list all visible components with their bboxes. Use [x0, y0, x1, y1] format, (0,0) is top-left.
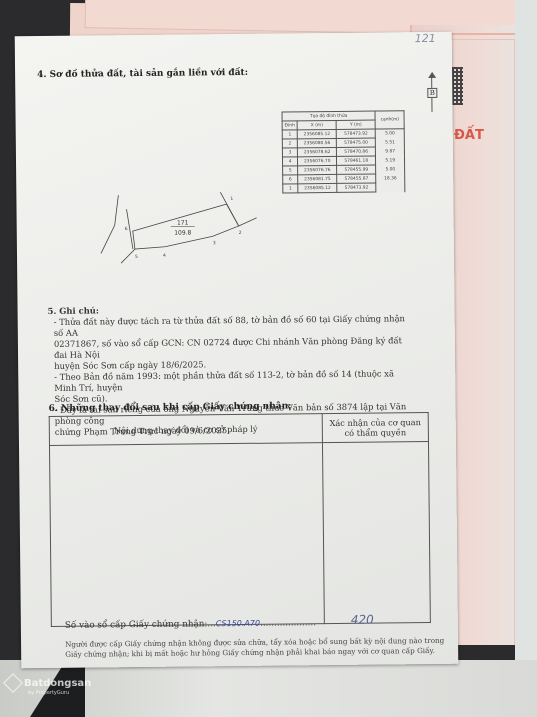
handwritten-number: 420 — [351, 613, 374, 627]
north-arrow-icon: B — [427, 72, 437, 112]
coords-cell-point: 4 — [282, 157, 297, 166]
brand-logo-icon — [3, 673, 23, 693]
land-parcel-diagram: 171 109.8 1 2 3 4 5 6 — [96, 184, 267, 306]
changes-header-confirm: Xác nhận của cơ quan có thẩm quyền — [322, 412, 428, 442]
coords-cell-y: 578461.18 — [337, 156, 376, 165]
section4-title: 4. Sơ đồ thửa đất, tài sản gắn liền với … — [37, 68, 248, 80]
coords-row: 12356085.12578473.92 — [283, 183, 405, 193]
changes-table: Nội dung thay đổi và cơ sở pháp lý Xác n… — [49, 412, 431, 627]
coords-cell-length: 9.87 — [376, 147, 405, 156]
coords-header-length: cạnh(m) — [375, 111, 404, 129]
svg-text:171: 171 — [177, 219, 189, 226]
coords-cell-y: 578473.92 — [336, 129, 375, 138]
coords-cell-length: 5.00 — [376, 165, 405, 174]
registry-number-line: Số vào sổ cấp Giấy chứng nhận:...CS150.A… — [65, 618, 316, 631]
coords-cell-y: 578475.00 — [336, 138, 375, 147]
coords-cell-length: 5.19 — [376, 156, 405, 165]
coords-cell-length — [376, 183, 405, 192]
coords-header-point: Đỉnh — [282, 121, 297, 130]
svg-text:3: 3 — [213, 240, 216, 246]
coords-cell-x: 2356076.76 — [298, 165, 337, 174]
coords-cell-y: 578455.99 — [337, 165, 376, 174]
coords-header-y: Y (m) — [336, 120, 375, 129]
coords-cell-point: 2 — [282, 139, 297, 148]
changes-content-cell — [49, 443, 324, 627]
watermark: Batdongsan by PropertyGuru — [6, 676, 91, 696]
changes-header-content: Nội dung thay đổi và cơ sở pháp lý — [49, 414, 322, 446]
coords-cell-length: 5.51 — [375, 138, 404, 147]
north-label: B — [427, 88, 437, 98]
coords-cell-x: 2356076.70 — [298, 156, 337, 165]
svg-text:4: 4 — [163, 253, 166, 259]
certificate-title-fragment: ĐẤT — [454, 128, 484, 143]
coords-cell-length: 5.00 — [375, 129, 404, 138]
changes-confirm-cell — [322, 441, 430, 623]
coords-cell-x: 2356085.12 — [298, 183, 337, 192]
registry-label: Số vào sổ cấp Giấy chứng nhận: — [65, 619, 208, 630]
coords-cell-y: 578455.87 — [337, 174, 376, 183]
confirm-header-line2: có thẩm quyền — [344, 427, 406, 438]
svg-text:6: 6 — [125, 226, 128, 232]
coords-cell-point: 1 — [283, 184, 298, 193]
coords-header-x: X (m) — [297, 120, 336, 129]
watermark-tagline: by PropertyGuru — [28, 690, 91, 696]
coords-cell-length: 18.36 — [376, 174, 405, 183]
coords-cell-x: 2356085.12 — [297, 129, 336, 138]
confirm-header-line1: Xác nhận của cơ quan — [329, 417, 420, 428]
svg-text:5: 5 — [135, 254, 138, 260]
coords-cell-point: 3 — [282, 148, 297, 157]
svg-text:109.8: 109.8 — [174, 229, 191, 236]
warning-notice: Người được cấp Giấy chứng nhận không đượ… — [65, 636, 445, 659]
background-surface — [515, 0, 537, 717]
coords-cell-y: 578473.92 — [337, 183, 376, 192]
coords-cell-x: 2356081.75 — [298, 174, 337, 183]
svg-text:2: 2 — [239, 230, 242, 236]
watermark-brand: Batdongsan — [24, 678, 91, 689]
coordinates-table: Tọa độ đỉnh thửa cạnh(m) Đỉnh X (m) Y (m… — [282, 110, 406, 193]
registry-handwritten-value: CS150.A70 — [216, 619, 260, 628]
svg-text:1: 1 — [230, 196, 233, 202]
certificate-page: 121 4. Sơ đồ thửa đất, tài sản gắn liền … — [15, 32, 459, 669]
coords-cell-x: 2356080.56 — [297, 138, 336, 147]
coords-cell-point: 1 — [282, 130, 297, 139]
coords-cell-point: 5 — [283, 166, 298, 175]
coords-cell-point: 6 — [283, 175, 298, 184]
coords-cell-y: 578470.86 — [337, 147, 376, 156]
coords-cell-x: 2356078.62 — [298, 147, 337, 156]
handwritten-page-number: 121 — [415, 32, 436, 45]
